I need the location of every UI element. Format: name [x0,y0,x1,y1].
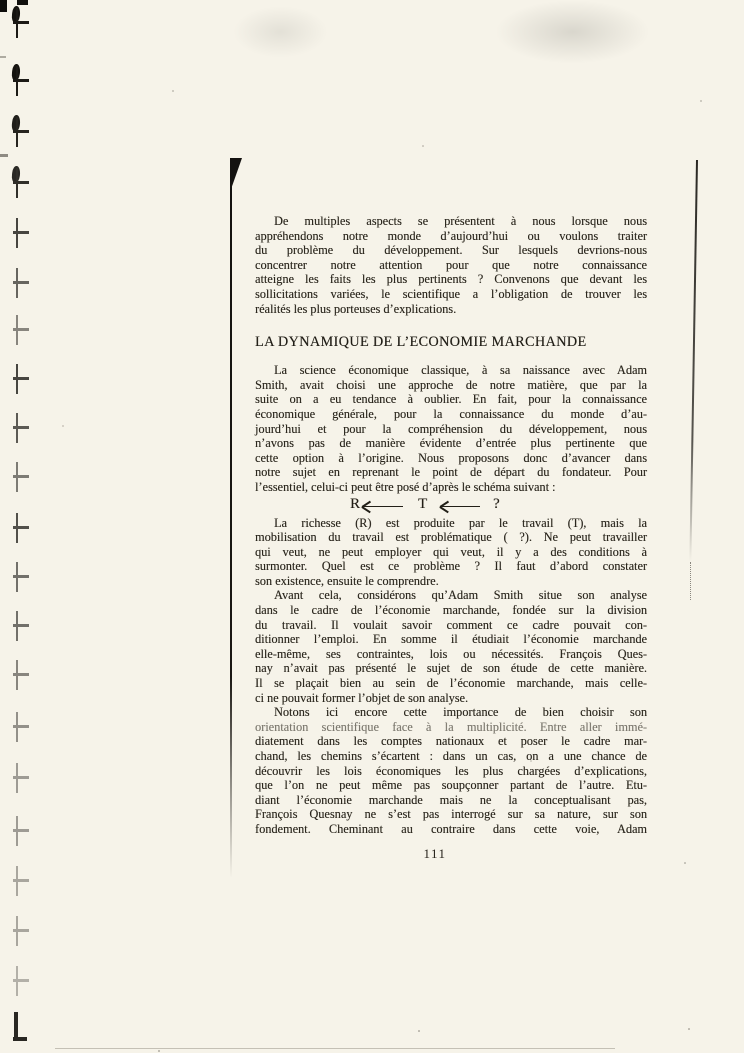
binding-mark-foot [13,829,29,832]
binding-mark-foot [13,1037,27,1041]
dust-speck [418,1030,420,1032]
binding-mark [13,763,30,797]
text-line: qui veut, ne peut employer qui veut, il … [255,545,647,560]
dust-speck [422,145,424,147]
text-line: dans le cadre de l’économie marchande, f… [255,603,647,618]
binding-mark-foot [13,475,29,478]
page-right-edge-line [689,160,697,562]
text-line: diatement dans les comptes nationaux et … [255,734,647,749]
text-line: nay n’avait pas présenté le sujet de son… [255,661,647,676]
dust-speck [530,760,532,762]
binding-mark [13,712,30,746]
section-heading: LA DYNAMIQUE DE L’ECONOMIE MARCHANDE [255,334,647,351]
schema-unknown-label: ? [493,497,500,512]
text-line: Notons ici encore cette importance de bi… [255,705,647,720]
text-line: François Quesnay ne s’est pas interrogé … [255,807,647,822]
binding-mark [13,218,30,252]
text-line: orientation scientifique face à la multi… [255,720,647,735]
binding-mark-foot [13,181,29,184]
text-line: Il se plaçait bien au sein de l’économie… [255,676,647,691]
binding-mark [13,364,30,398]
scan-bottom-edge-shadow [55,1048,615,1049]
text-line: du travail. Il voulait savoir comment ce… [255,618,647,633]
binding-mark-foot [13,725,29,728]
binding-mark [13,268,30,302]
binding-mark [13,8,30,42]
binding-mark [13,66,30,100]
paragraph-adam-smith: Avant cela, considérons qu’Adam Smith si… [255,588,647,705]
paragraph-orientation: Notons ici encore cette importance de bi… [255,705,647,836]
text-line: diant l’économie marchande mais ne la co… [255,793,647,808]
text-line: surmonter. Quel est ce problème ? Il fau… [255,559,647,574]
binding-mark [13,513,30,547]
text-line: du problème du développement. Sur lesque… [255,243,647,258]
text-line: De multiples aspects se présentent à nou… [255,214,647,229]
binding-mark [13,462,30,496]
text-line: fondement. Cheminant au contraire dans c… [255,822,647,837]
scanned-book-page: De multiples aspects se présentent à nou… [0,0,744,1053]
binding-mark-foot [13,377,29,380]
text-line: La richesse (R) est produite par le trav… [255,516,647,531]
binding-mark-foot [13,281,29,284]
text-line: l’essentiel, celui-ci peut être posé d’a… [255,480,647,495]
binding-mark-foot [13,575,29,578]
schema-labor-label: T [418,497,427,512]
binding-mark [13,117,30,151]
binding-mark-stroke [14,1012,18,1039]
schema-wealth-label: R [350,497,360,512]
scan-edge-dash [0,154,8,157]
binding-mark [13,916,30,950]
scan-corner-dash [17,0,28,5]
text-line: économique générale, pour la connaissanc… [255,407,647,422]
binding-mark-foot [13,231,29,234]
text-line: suite on a eu tendance à oublier. En fai… [255,392,647,407]
text-line: La science économique classique, à sa na… [255,363,647,378]
text-line: que l’on ne peut même pas soupçonner par… [255,778,647,793]
text-line: concentrer notre attention pour que notr… [255,258,647,273]
binding-mark-foot [13,929,29,932]
text-line: chand, les chemins s’écartent : dans un … [255,749,647,764]
binding-mark-foot [13,776,29,779]
dust-speck [688,1028,690,1030]
text-line: Avant cela, considérons qu’Adam Smith si… [255,588,647,603]
dust-speck [606,524,608,526]
binding-mark [13,816,30,850]
binding-mark-foot [13,21,29,24]
dust-speck [158,1050,160,1052]
binding-mark [13,413,30,447]
binding-mark [13,168,30,202]
text-line: son existence, ensuite le comprendre. [255,574,647,589]
page-left-edge-line [230,158,232,878]
text-line: appréhendons notre monde d’aujourd’hui o… [255,229,647,244]
binding-mark [13,966,30,1000]
paragraph-intro: De multiples aspects se présentent à nou… [255,214,647,316]
dust-speck [172,90,174,92]
text-line: jourd’hui et pour la compréhension du dé… [255,422,647,437]
text-line: sollicitations variées, le scientifique … [255,287,647,302]
text-line: elle-même, ses contraintes, lois ou néce… [255,647,647,662]
scan-smudge [495,0,650,64]
text-line: ci ne pouvait former l’objet de son anal… [255,691,647,706]
page-number: 111 [239,847,631,862]
text-line: cette option à l’origine. Nous proposons… [255,451,647,466]
text-line: mobilisation du travail est problématiqu… [255,530,647,545]
economic-schema: R T ? [255,497,647,516]
binding-mark [13,866,30,900]
text-line: réalités les plus porteuses d’explicatio… [255,302,647,317]
binding-mark-foot [13,130,29,133]
binding-mark-foot [13,79,29,82]
binding-mark [13,1012,30,1046]
binding-mark [13,315,30,349]
text-line: n’avons pas de manière évidente d’entrée… [255,436,647,451]
text-line: notre sujet en reprenant le point de dép… [255,465,647,480]
binding-mark-foot [13,526,29,529]
binding-mark-foot [13,879,29,882]
binding-mark [13,660,30,694]
binding-mark-foot [13,624,29,627]
scan-edge-dash [0,56,6,58]
left-arrow-icon [362,506,403,508]
dust-speck [700,100,702,102]
text-line: découvrir les lois économiques les plus … [255,764,647,779]
page-left-edge-curl [230,158,242,192]
left-arrow-icon [440,506,480,508]
scan-corner-mark [0,0,7,12]
dust-speck [684,862,686,864]
binding-mark-foot [13,673,29,676]
binding-mark [13,611,30,645]
scan-smudge [233,6,328,58]
binding-mark-foot [13,979,29,982]
paragraph-approach: La science économique classique, à sa na… [255,363,647,494]
text-line: ditionner l’emploi. En somme il étudiait… [255,632,647,647]
binding-mark-foot [13,328,29,331]
paragraph-wealth-labor: La richesse (R) est produite par le trav… [255,516,647,589]
text-line: Smith, avait choisi une approche de notr… [255,378,647,393]
binding-mark [13,562,30,596]
text-line: atteigne les faits les plus pertinents ?… [255,272,647,287]
dust-speck [62,425,64,427]
binding-mark-foot [13,426,29,429]
page-right-edge-dots [690,562,691,600]
text-column: De multiples aspects se présentent à nou… [255,214,647,861]
